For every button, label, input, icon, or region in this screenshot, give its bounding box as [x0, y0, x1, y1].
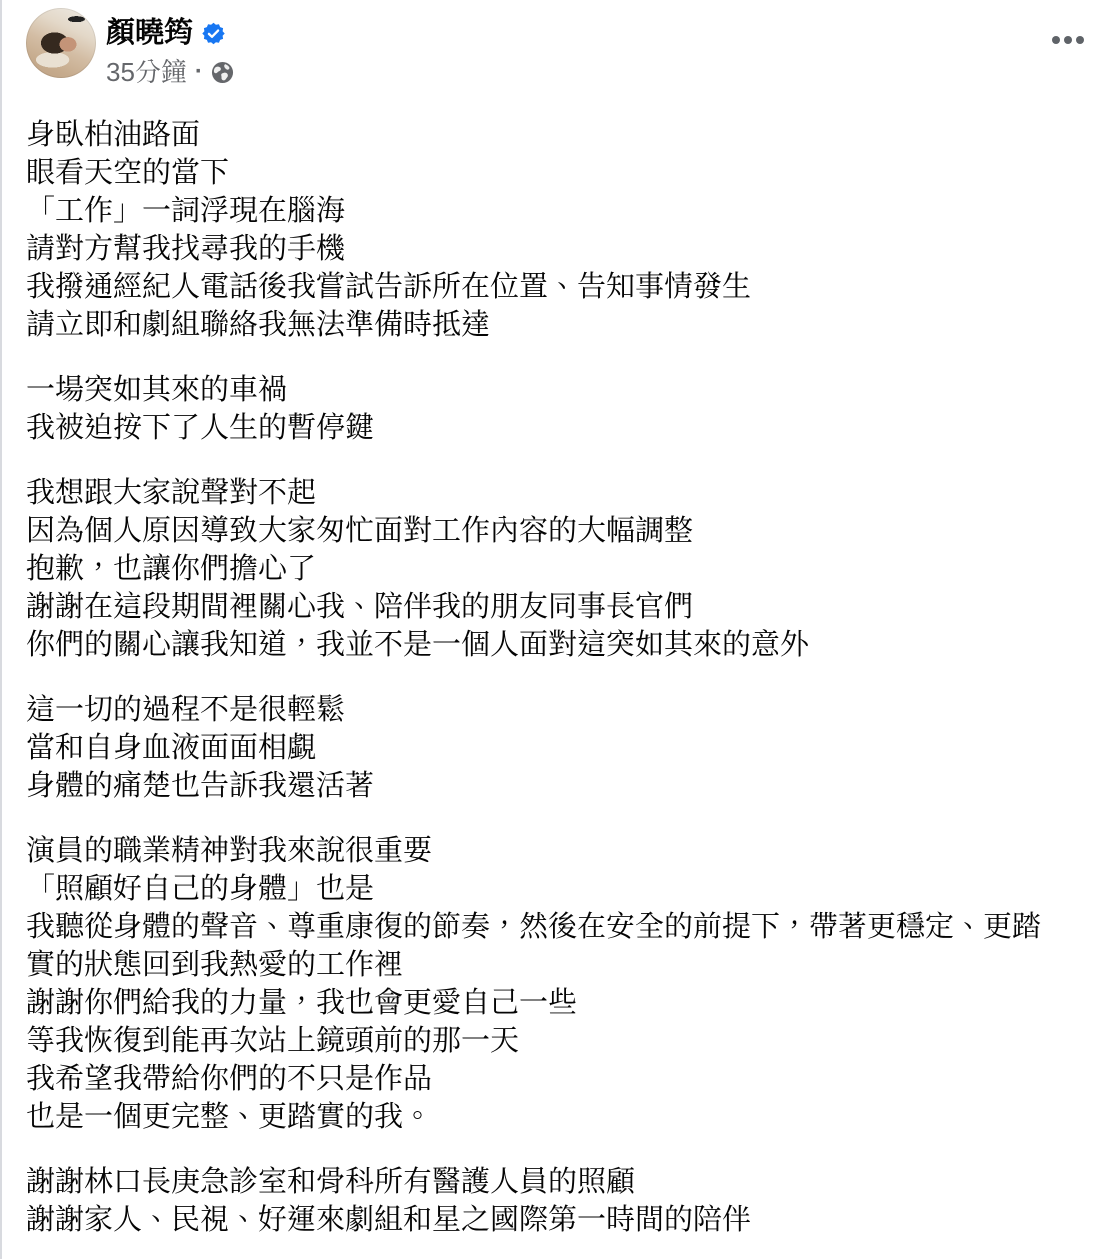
post-header: 顏曉筠 35分鐘 ·	[2, 0, 1120, 89]
post-text-line: 「工作」一詞浮現在腦海	[26, 192, 1060, 230]
author-name-link[interactable]: 顏曉筠	[106, 14, 193, 52]
post-text-line: 等我恢復到能再次站上鏡頭前的那一天	[26, 1022, 1060, 1060]
post-paragraph: 謝謝林口長庚急診室和骨科所有醫護人員的照顧謝謝家人、民視、好運來劇組和星之國際第…	[26, 1163, 1060, 1239]
post-text-line: 我聽從身體的聲音、尊重康復的節奏，然後在安全的前提下，帶著更穩定、更踏實的狀態回…	[26, 908, 1060, 984]
author-avatar[interactable]	[26, 8, 96, 78]
post-text-line: 也是一個更完整、更踏實的我。	[26, 1098, 1060, 1136]
post-header-info: 顏曉筠 35分鐘 ·	[106, 8, 234, 89]
globe-icon	[211, 61, 234, 84]
post-text-line: 一場突如其來的車禍	[26, 371, 1060, 409]
post-text-line: 謝謝在這段期間裡關心我、陪伴我的朋友同事長官們	[26, 588, 1060, 626]
post-text-line: 謝謝林口長庚急診室和骨科所有醫護人員的照顧	[26, 1163, 1060, 1201]
post-text-line: 我想跟大家說聲對不起	[26, 474, 1060, 512]
post-text-line: 抱歉，也讓你們擔心了	[26, 550, 1060, 588]
facebook-post-card: 顏曉筠 35分鐘 · 身臥柏油路面	[0, 0, 1120, 1259]
post-paragraph: 這一切的過程不是很輕鬆當和自身血液面面相覷身體的痛楚也告訴我還活著	[26, 691, 1060, 805]
post-text-line: 謝謝你們給我的力量，我也會更愛自己一些	[26, 984, 1060, 1022]
post-text-line: 這一切的過程不是很輕鬆	[26, 691, 1060, 729]
post-text-line: 因為個人原因導致大家匆忙面對工作內容的大幅調整	[26, 512, 1060, 550]
post-text-line: 請立即和劇組聯絡我無法準備時抵達	[26, 306, 1060, 344]
ellipsis-icon	[1052, 36, 1060, 44]
post-text-line: 我被迫按下了人生的暫停鍵	[26, 409, 1060, 447]
post-text-line: 眼看天空的當下	[26, 154, 1060, 192]
ellipsis-icon	[1064, 36, 1072, 44]
post-text-line: 身體的痛楚也告訴我還活著	[26, 767, 1060, 805]
post-text-line: 演員的職業精神對我來說很重要	[26, 832, 1060, 870]
post-meta-row: 35分鐘 ·	[106, 55, 234, 89]
post-paragraph: 一場突如其來的車禍我被迫按下了人生的暫停鍵	[26, 371, 1060, 447]
timestamp-link[interactable]: 35分鐘	[106, 55, 187, 89]
more-options-button[interactable]	[1046, 26, 1090, 54]
meta-separator: ·	[195, 60, 203, 84]
post-text-line: 謝謝家人、民視、好運來劇組和星之國際第一時間的陪伴	[26, 1201, 1060, 1239]
verified-badge-icon	[202, 22, 225, 45]
post-text-line: 身臥柏油路面	[26, 116, 1060, 154]
post-text-line: 我撥通經紀人電話後我嘗試告訴所在位置、告知事情發生	[26, 268, 1060, 306]
post-text-line: 「照顧好自己的身體」也是	[26, 870, 1060, 908]
post-paragraph: 演員的職業精神對我來說很重要「照顧好自己的身體」也是我聽從身體的聲音、尊重康復的…	[26, 832, 1060, 1136]
author-name-row: 顏曉筠	[106, 14, 234, 52]
post-text-line: 你們的關心讓我知道，我並不是一個人面對這突如其來的意外	[26, 626, 1060, 664]
post-text-line: 請對方幫我找尋我的手機	[26, 230, 1060, 268]
ellipsis-icon	[1076, 36, 1084, 44]
post-text-line: 我希望我帶給你們的不只是作品	[26, 1060, 1060, 1098]
post-text: 身臥柏油路面眼看天空的當下「工作」一詞浮現在腦海請對方幫我找尋我的手機我撥通經紀…	[2, 89, 1120, 1259]
post-text-line: 當和自身血液面面相覷	[26, 729, 1060, 767]
post-paragraph: 我想跟大家說聲對不起因為個人原因導致大家匆忙面對工作內容的大幅調整抱歉，也讓你們…	[26, 474, 1060, 664]
post-paragraph: 身臥柏油路面眼看天空的當下「工作」一詞浮現在腦海請對方幫我找尋我的手機我撥通經紀…	[26, 116, 1060, 344]
